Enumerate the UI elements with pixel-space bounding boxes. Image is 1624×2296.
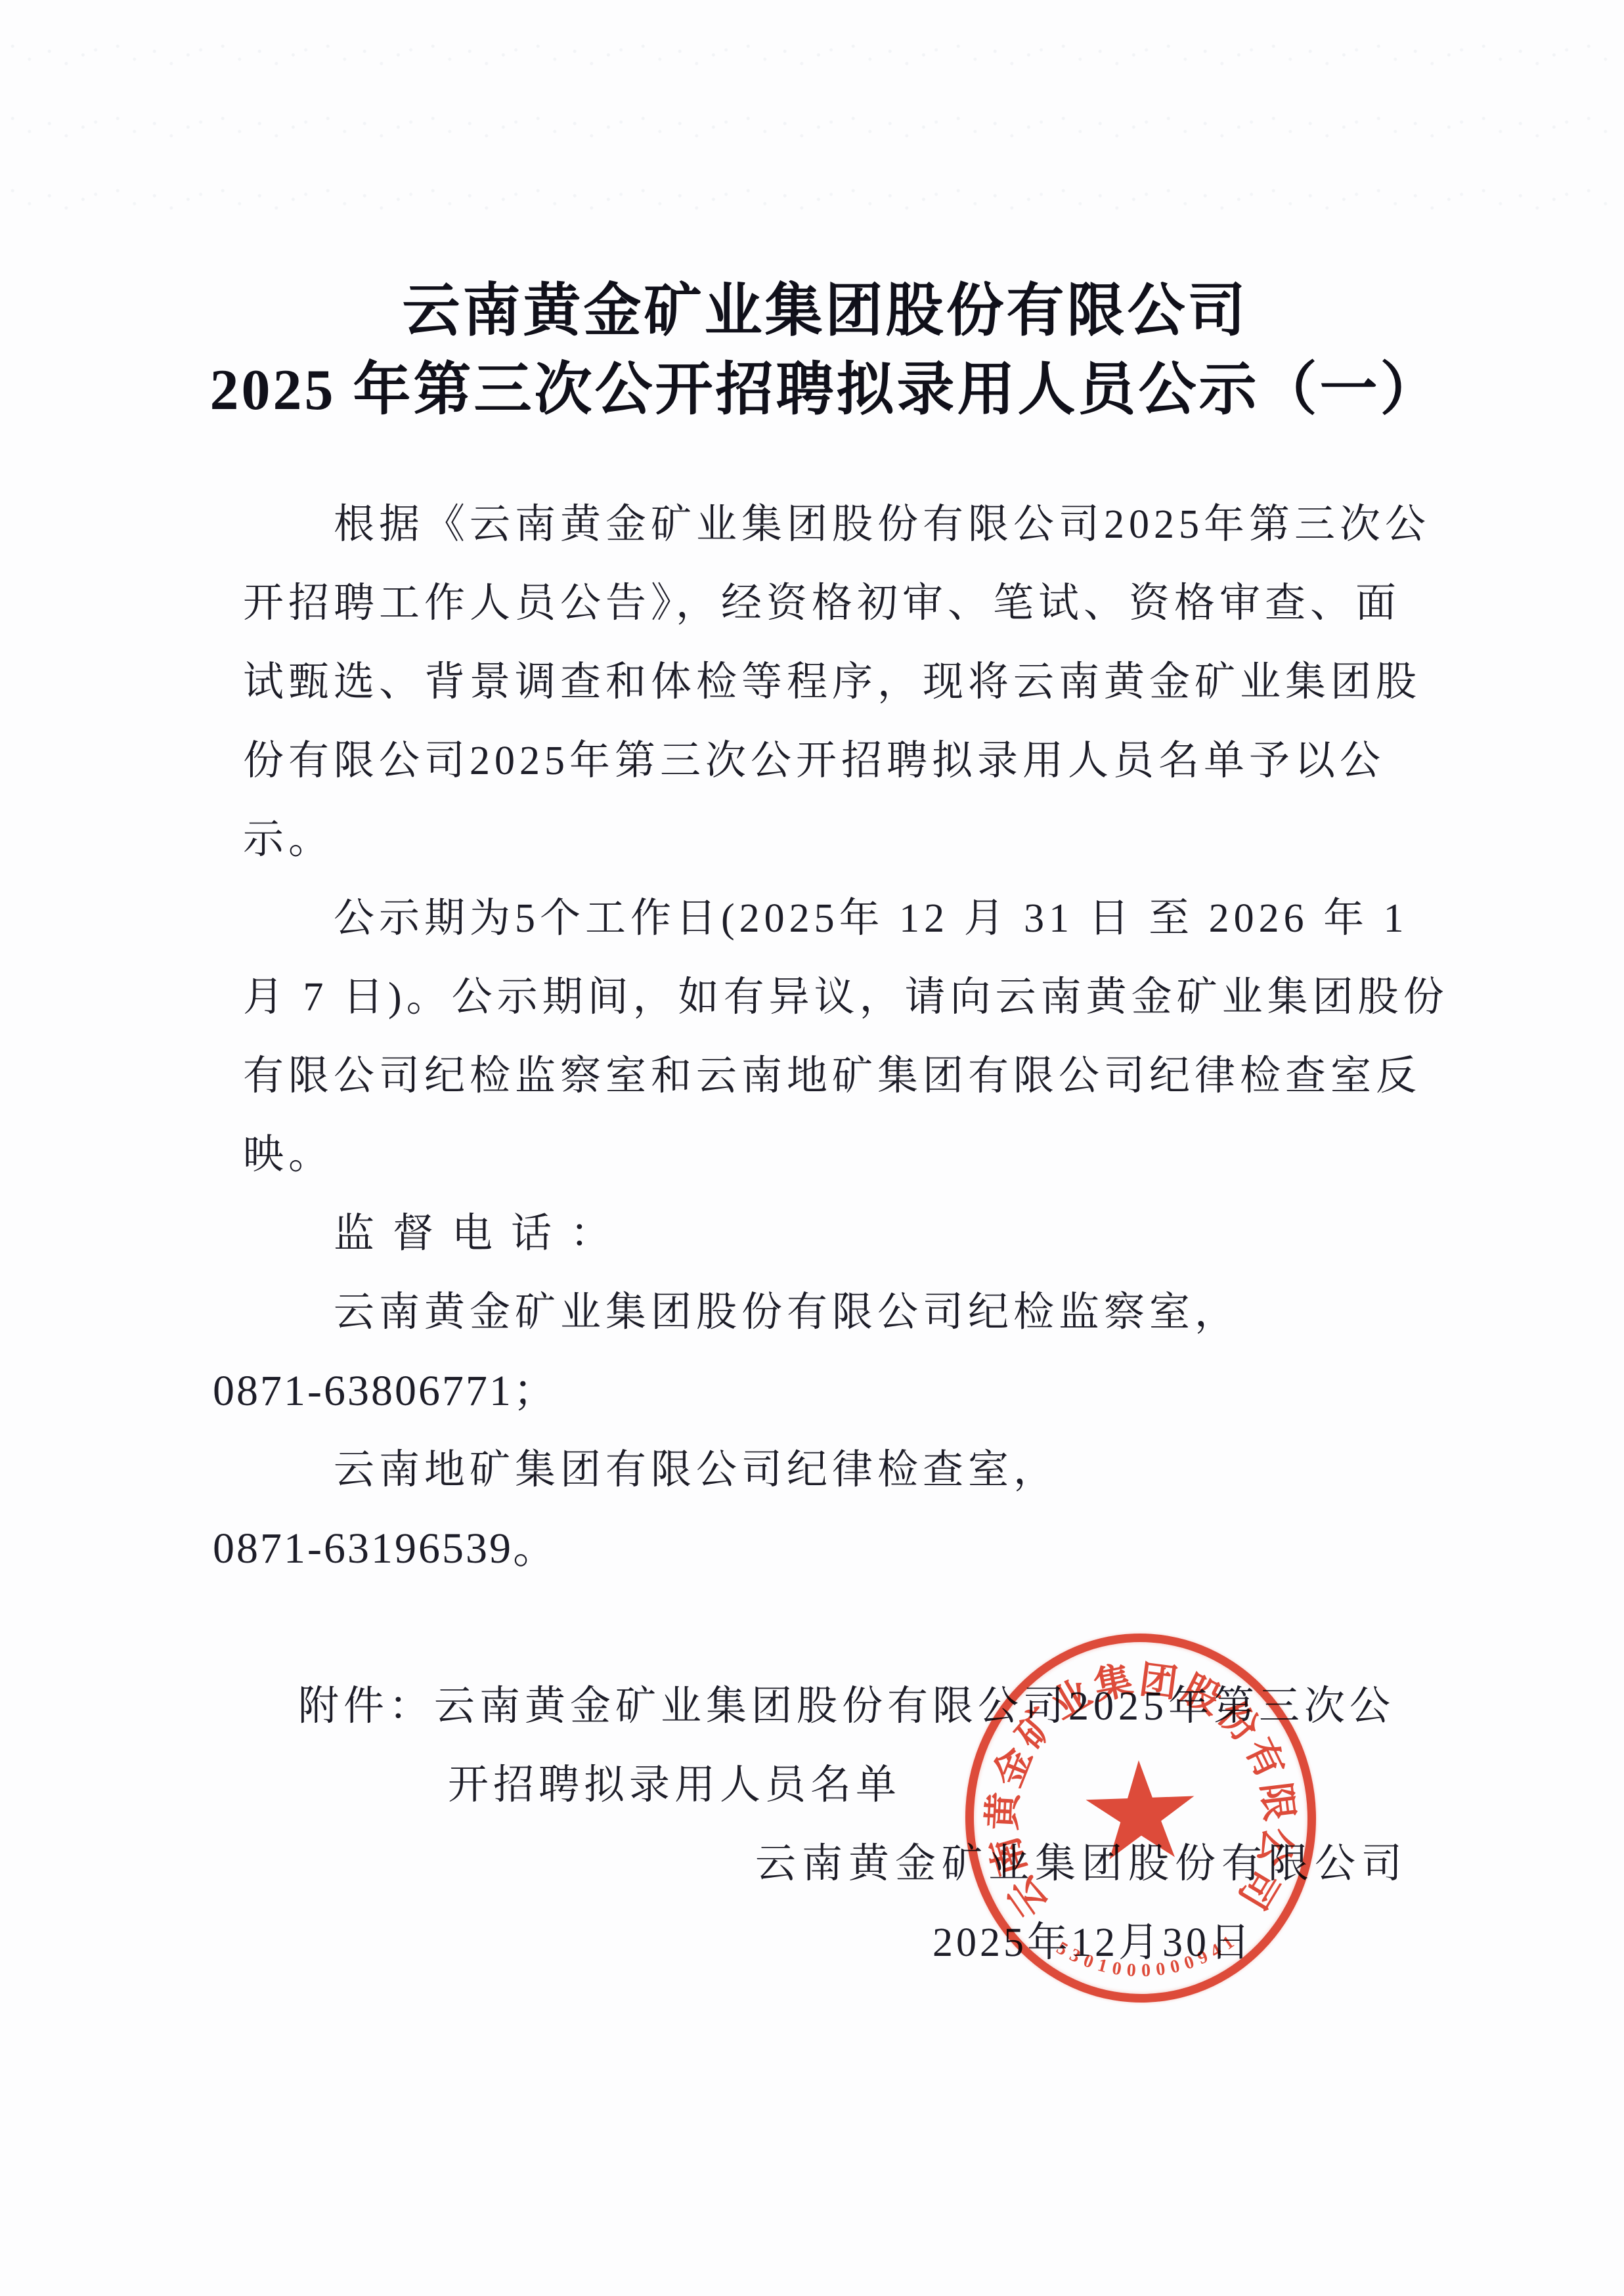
body-line: 份有限公司2025年第三次公开招聘拟录用人员名单予以公 xyxy=(243,722,1433,800)
body-line: 有限公司纪检监察室和云南地矿集团有限公司纪律检查室反 xyxy=(243,1037,1433,1116)
body-line: 公示期为5个工作日(2025年 12 月 31 日 至 2026 年 1 xyxy=(243,879,1433,958)
title-line-2: 2025 年第三次公开招聘拟录用人员公示（一） xyxy=(33,351,1617,430)
body-line: 月 7 日)。公示期间，如有异议，请向云南黄金矿业集团股份 xyxy=(243,958,1433,1037)
document-title: 云南黄金矿业集团股份有限公司 2025 年第三次公开招聘拟录用人员公示（一） xyxy=(33,272,1617,430)
body-line: 监督电话： xyxy=(243,1194,1433,1273)
body-line: 0871-63196539。 xyxy=(213,1509,1433,1588)
body-line: 附件：云南黄金矿业集团股份有限公司2025年第三次公 xyxy=(243,1667,1433,1746)
body-line: 映。 xyxy=(243,1116,1433,1194)
scan-noise-texture xyxy=(0,0,1624,217)
document-page: 云南黄金矿业集团股份有限公司 2025 年第三次公开招聘拟录用人员公示（一） 根… xyxy=(0,0,1624,2296)
title-line-1: 云南黄金矿业集团股份有限公司 xyxy=(33,272,1617,351)
body-line: 0871-63806771； xyxy=(213,1352,1433,1431)
body-line: 云南地矿集团有限公司纪律检查室， xyxy=(243,1431,1433,1509)
body-line xyxy=(243,1588,1433,1667)
body-line: 开招聘拟录用人员名单 xyxy=(243,1746,1433,1825)
body-line: 开招聘工作人员公告》，经资格初审、笔试、资格审查、面 xyxy=(243,564,1433,643)
body-line: 云南黄金矿业集团股份有限公司 xyxy=(243,1825,1433,1903)
body-lines: 根据《云南黄金矿业集团股份有限公司2025年第三次公开招聘工作人员公告》，经资格… xyxy=(243,485,1433,1982)
body-line: 根据《云南黄金矿业集团股份有限公司2025年第三次公 xyxy=(243,485,1433,564)
body-line: 示。 xyxy=(243,800,1433,879)
body-line: 试甄选、背景调查和体检等程序，现将云南黄金矿业集团股 xyxy=(243,643,1433,722)
body-line: 云南黄金矿业集团股份有限公司纪检监察室， xyxy=(243,1273,1433,1352)
body-line: 2025年12月30日 xyxy=(243,1903,1433,1982)
